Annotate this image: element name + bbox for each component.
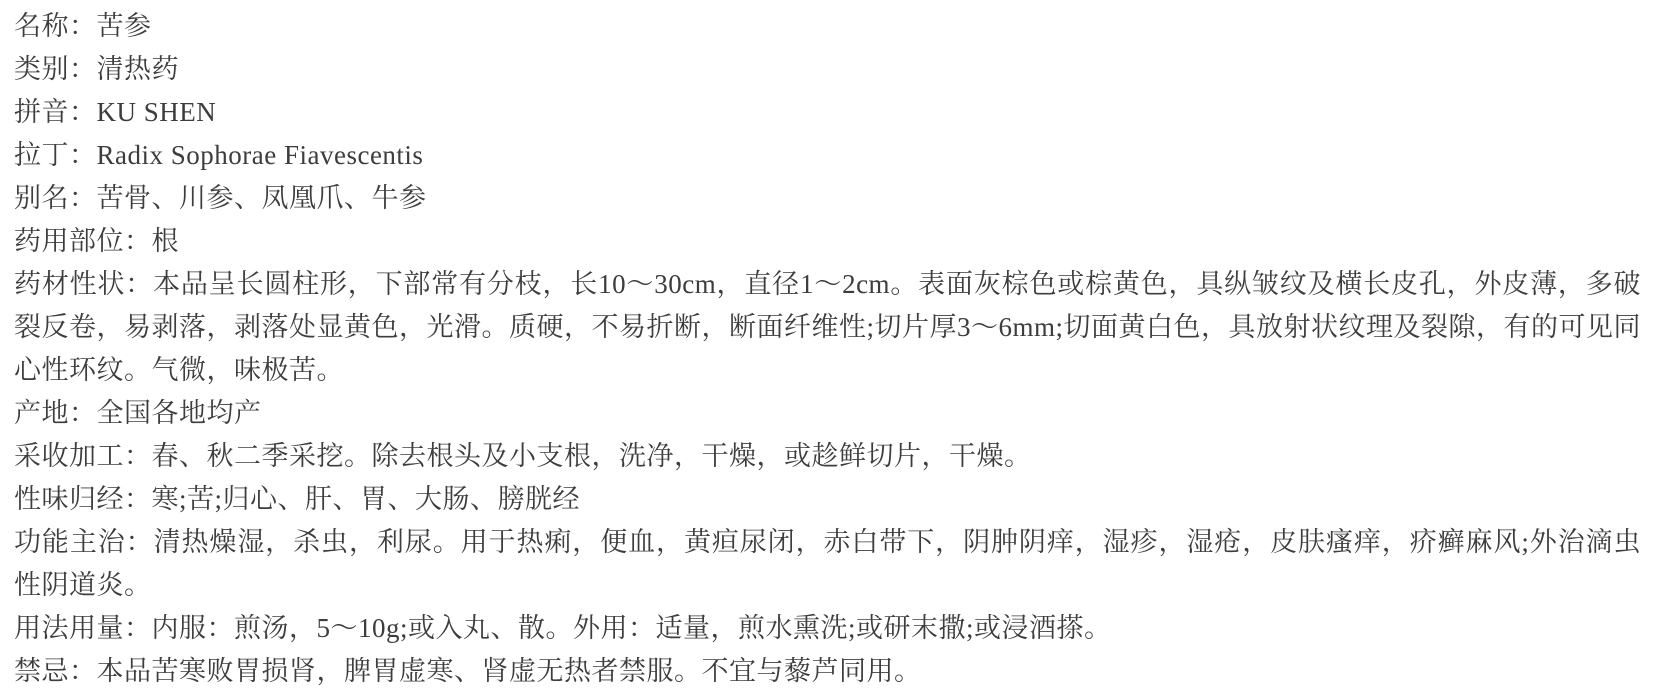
- field-aliases: 别名：苦骨、川参、凤凰爪、牛参: [14, 177, 1641, 220]
- field-functions-indications: 功能主治：清热燥湿，杀虫，利尿。用于热痢，便血，黄疸尿闭，赤白带下，阴肿阴痒，湿…: [14, 521, 1641, 607]
- field-latin-label: 拉丁：: [14, 140, 97, 170]
- field-latin: 拉丁：Radix Sophorae Fiavescentis: [14, 134, 1641, 177]
- field-category-label: 类别：: [14, 54, 97, 84]
- field-contraindications-value: 本品苦寒败胃损肾，脾胃虚寒、肾虚无热者禁服。不宜与藜芦同用。: [97, 656, 922, 686]
- field-functions-indications-value: 清热燥湿，杀虫，利尿。用于热痢，便血，黄疸尿闭，赤白带下，阴肿阴痒，湿疹，湿疮，…: [14, 527, 1641, 600]
- field-latin-value: Radix Sophorae Fiavescentis: [97, 140, 424, 170]
- field-medicinal-part: 药用部位：根: [14, 220, 1641, 263]
- field-nature-flavor-meridians-value: 寒;苦;归心、肝、胃、大肠、膀胱经: [152, 484, 581, 514]
- field-usage-dosage-label: 用法用量：: [14, 613, 152, 643]
- field-harvest-processing-value: 春、秋二季采挖。除去根头及小支根，洗净，干燥，或趁鲜切片，干燥。: [152, 441, 1032, 471]
- field-nature-flavor-meridians-label: 性味归经：: [14, 484, 152, 514]
- field-pinyin-label: 拼音：: [14, 97, 97, 127]
- field-contraindications-label: 禁忌：: [14, 656, 97, 686]
- field-pinyin-value: KU SHEN: [97, 97, 217, 127]
- field-origin-value: 全国各地均产: [97, 398, 262, 428]
- field-medicinal-part-value: 根: [152, 226, 180, 256]
- field-nature-flavor-meridians: 性味归经：寒;苦;归心、肝、胃、大肠、膀胱经: [14, 478, 1641, 521]
- field-category-value: 清热药: [97, 54, 180, 84]
- field-origin-label: 产地：: [14, 398, 97, 428]
- field-contraindications: 禁忌：本品苦寒败胃损肾，脾胃虚寒、肾虚无热者禁服。不宜与藜芦同用。: [14, 650, 1641, 691]
- field-name-value: 苦参: [97, 11, 152, 41]
- field-medicinal-part-label: 药用部位：: [14, 226, 152, 256]
- field-name: 名称：苦参: [14, 5, 1641, 48]
- field-usage-dosage-value: 内服：煎汤，5～10g;或入丸、散。外用：适量，煎水熏洗;或研末撒;或浸酒搽。: [152, 613, 1112, 643]
- field-herb-characteristics: 药材性状：本品呈长圆柱形，下部常有分枝，长10～30cm，直径1～2cm。表面灰…: [14, 263, 1641, 392]
- field-functions-indications-label: 功能主治：: [14, 527, 154, 557]
- field-herb-characteristics-value: 本品呈长圆柱形，下部常有分枝，长10～30cm，直径1～2cm。表面灰棕色或棕黄…: [14, 269, 1641, 385]
- herb-monograph-document: 名称：苦参 类别：清热药 拼音：KU SHEN 拉丁：Radix Sophora…: [0, 0, 1657, 691]
- field-name-label: 名称：: [14, 11, 97, 41]
- field-aliases-label: 别名：: [14, 183, 97, 213]
- field-harvest-processing: 采收加工：春、秋二季采挖。除去根头及小支根，洗净，干燥，或趁鲜切片，干燥。: [14, 435, 1641, 478]
- field-herb-characteristics-label: 药材性状：: [14, 269, 153, 299]
- field-harvest-processing-label: 采收加工：: [14, 441, 152, 471]
- field-origin: 产地：全国各地均产: [14, 392, 1641, 435]
- field-usage-dosage: 用法用量：内服：煎汤，5～10g;或入丸、散。外用：适量，煎水熏洗;或研末撒;或…: [14, 607, 1641, 650]
- field-pinyin: 拼音：KU SHEN: [14, 91, 1641, 134]
- field-aliases-value: 苦骨、川参、凤凰爪、牛参: [97, 183, 427, 213]
- field-category: 类别：清热药: [14, 48, 1641, 91]
